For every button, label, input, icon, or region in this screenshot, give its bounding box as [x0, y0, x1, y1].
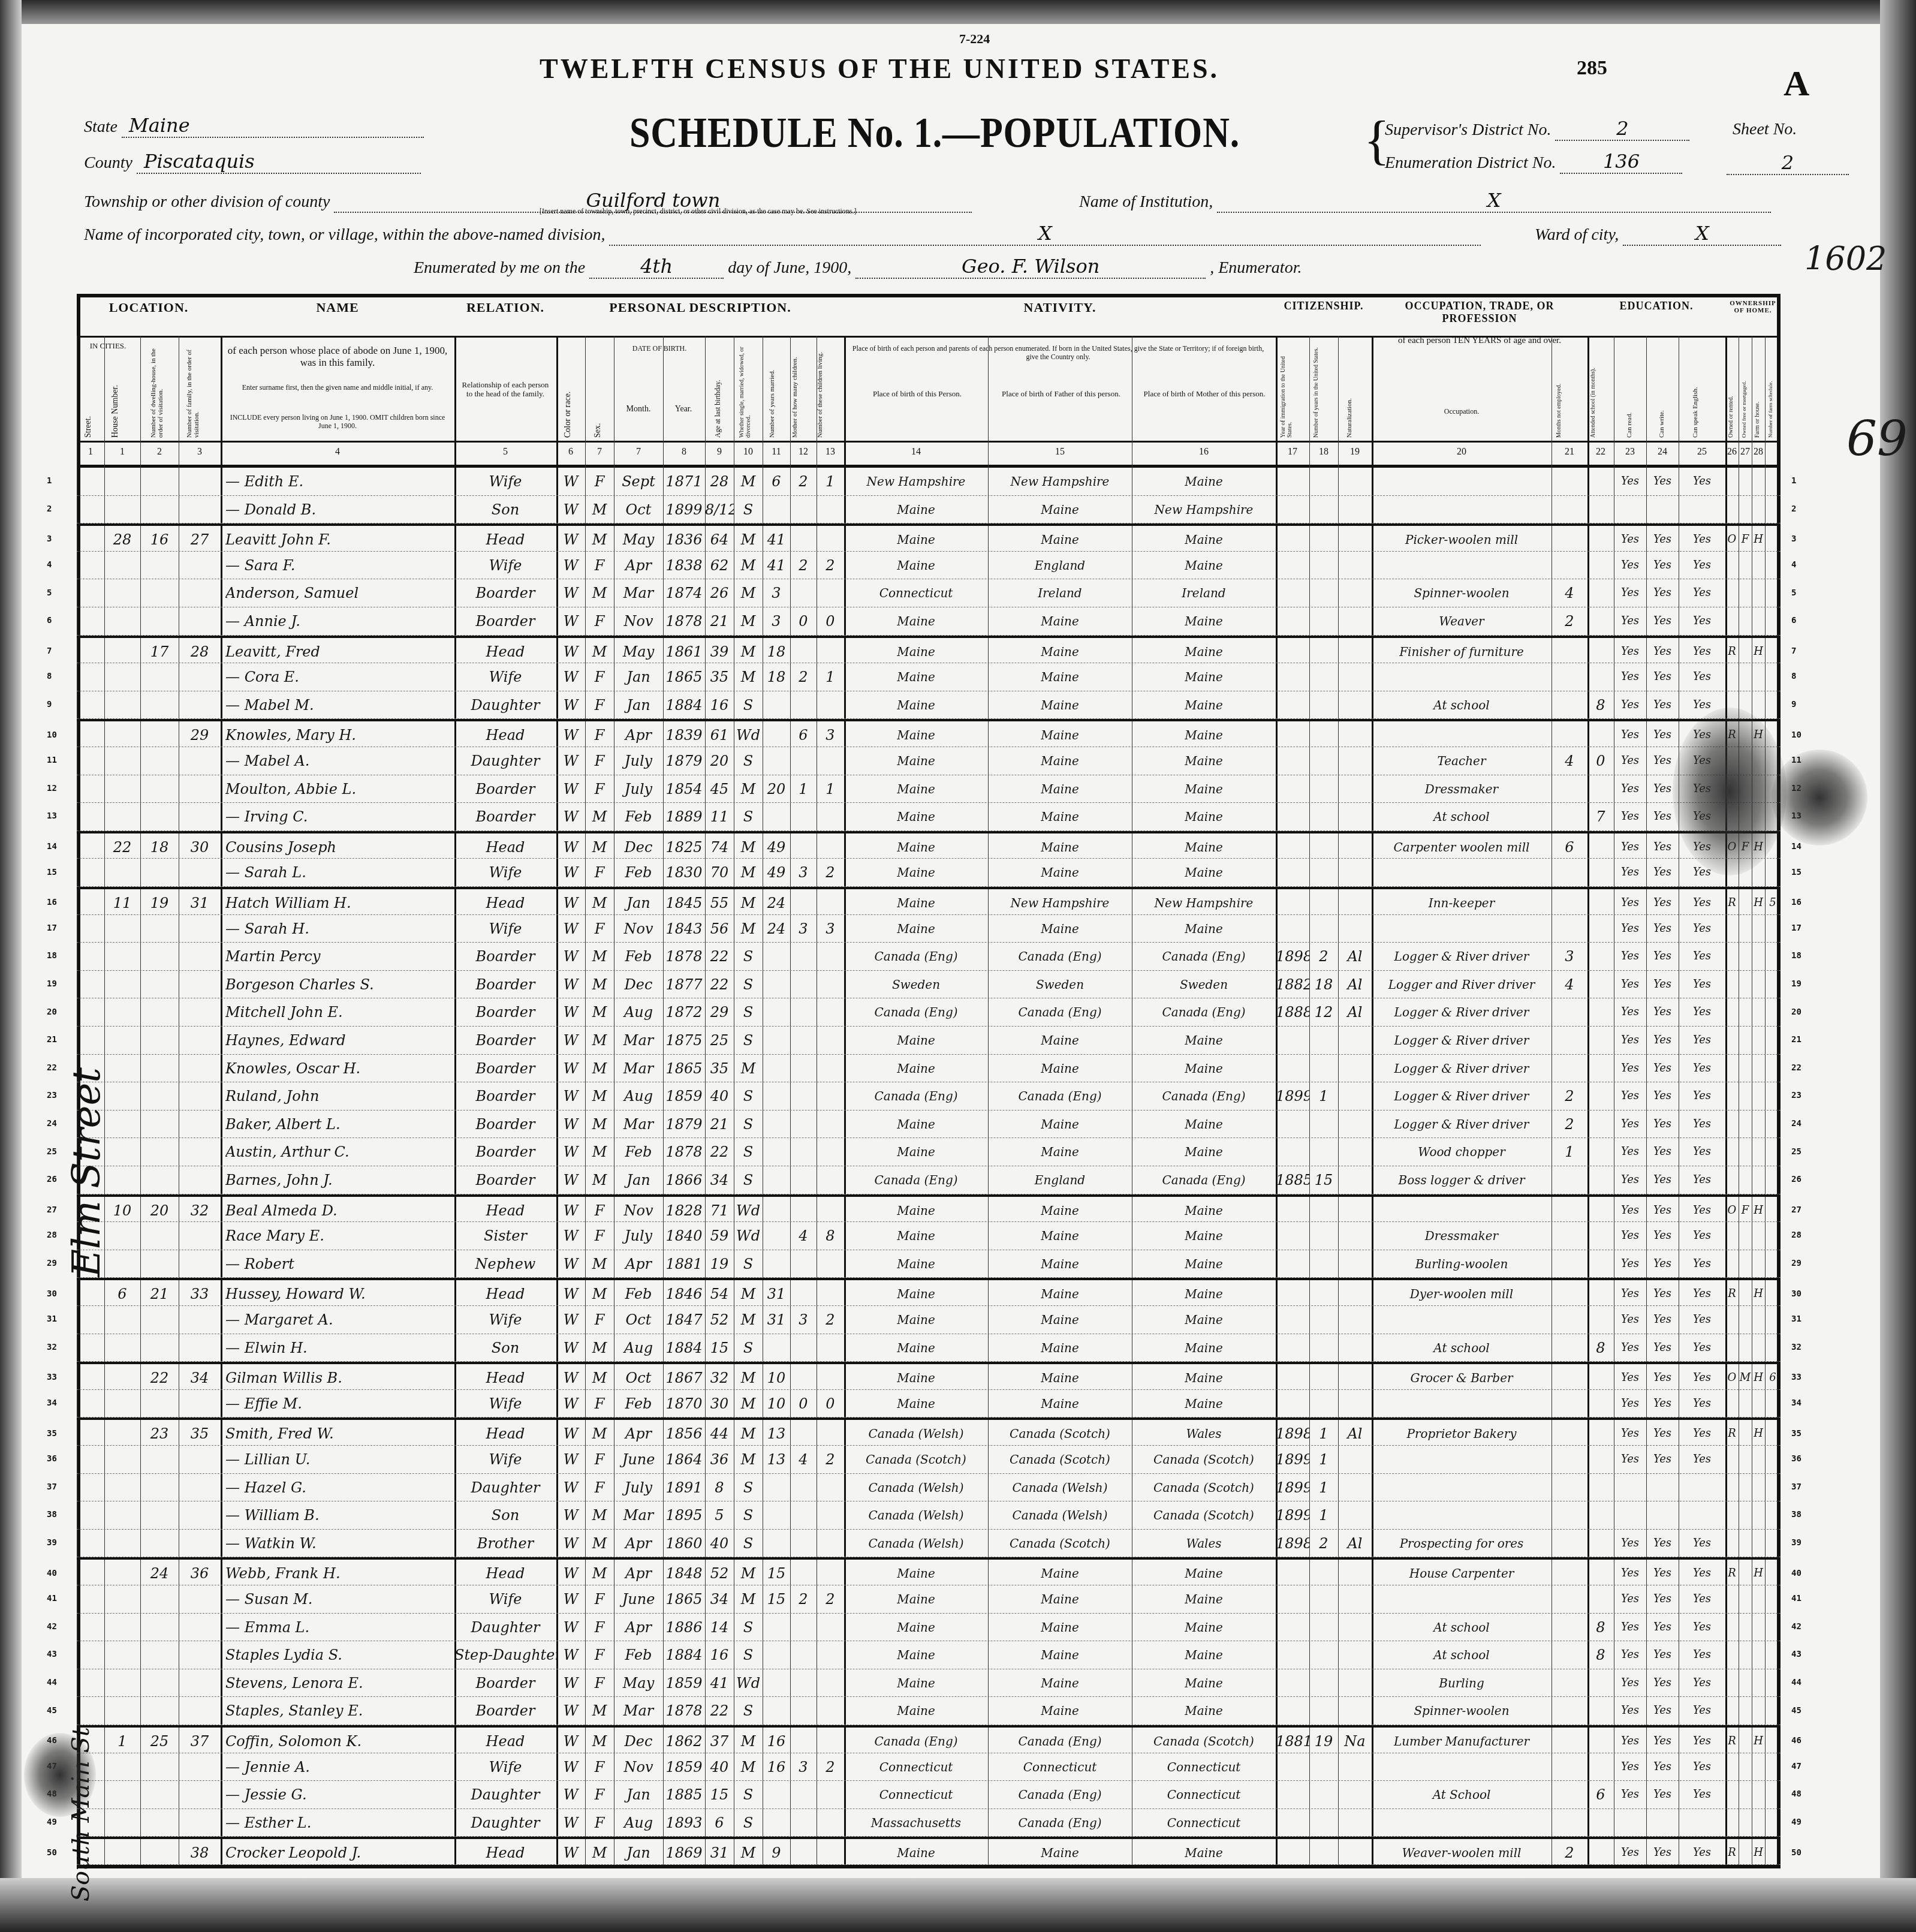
cell-nat — [1338, 1250, 1372, 1278]
cell-father: Ireland — [988, 579, 1132, 607]
cell-yrs-married — [763, 1697, 790, 1725]
cell-nat — [1338, 552, 1372, 580]
line-number-left: 12 — [47, 784, 57, 793]
cell-yrs-us — [1309, 607, 1338, 636]
cell-house: 6 — [104, 1280, 140, 1308]
cell-mother: Canada (Eng) — [1132, 943, 1276, 971]
cell-mother: Sweden — [1132, 971, 1276, 999]
cell-mother-of: 2 — [790, 1585, 817, 1614]
cell-year: 1856 — [663, 1420, 705, 1448]
cell-relation: Step-Daughter — [454, 1641, 556, 1669]
cell-father: New Hampshire — [988, 468, 1132, 496]
cell-name: — Susan M. — [225, 1585, 454, 1614]
cell-dwelling — [140, 1055, 179, 1083]
table-row: Race Mary E.SisterWFJuly184059Wd48MaineM… — [77, 1222, 1781, 1250]
cell-living — [817, 1530, 844, 1558]
cell-english: Yes — [1679, 998, 1725, 1027]
cell-free — [1739, 607, 1752, 636]
cell-school — [1587, 1585, 1614, 1614]
cell-read: Yes — [1614, 1560, 1646, 1588]
cell-living — [817, 691, 844, 720]
cell-farm: H — [1752, 1197, 1765, 1225]
cell-yrs-us: 15 — [1309, 1166, 1338, 1194]
cell-unemp — [1552, 1197, 1587, 1225]
cell-mother-of — [790, 526, 817, 554]
cell-mother: Maine — [1132, 915, 1276, 943]
table-row: — Cora E.WifeWFJan186535M1821MaineMaineM… — [77, 663, 1781, 691]
cell-color: W — [556, 1364, 585, 1392]
cell-read: Yes — [1614, 971, 1646, 999]
cell-occupation: At school — [1372, 1334, 1552, 1362]
cell-free — [1739, 1530, 1752, 1558]
cell-imm — [1276, 1809, 1309, 1837]
cell-relation: Boarder — [454, 803, 556, 831]
cell-farm — [1752, 1390, 1765, 1418]
cell-yrs-us — [1309, 915, 1338, 943]
column-number: 18 — [1309, 447, 1338, 458]
cell-color: W — [556, 1250, 585, 1278]
cell-write: Yes — [1646, 1420, 1679, 1448]
cell-house — [104, 1560, 140, 1588]
line-number-left: 24 — [47, 1119, 57, 1128]
cell-read: Yes — [1614, 803, 1646, 831]
cell-yrs-us — [1309, 552, 1338, 580]
cell-month: Mar — [614, 1055, 663, 1083]
cell-year: 1875 — [663, 1027, 705, 1055]
cell-birth: Canada (Welsh) — [844, 1420, 988, 1448]
cell-school — [1587, 1250, 1614, 1278]
column-number: 4 — [221, 447, 454, 458]
cell-unemp — [1552, 638, 1587, 666]
cell-farm — [1752, 1250, 1765, 1278]
scan-border-top — [0, 0, 1916, 24]
cell-name: — Sarah L. — [225, 859, 454, 887]
children-living-header: Number of these children living. — [817, 345, 838, 438]
cell-occupation: Grocer & Barber — [1372, 1364, 1552, 1392]
cell-read: Yes — [1614, 1781, 1646, 1809]
cell-unemp: 3 — [1552, 943, 1587, 971]
cell-imm — [1276, 1197, 1309, 1225]
cell-farm — [1752, 663, 1765, 691]
cell-yrs-us — [1309, 1138, 1338, 1166]
cell-age: 26 — [705, 579, 734, 607]
cell-nat — [1338, 775, 1372, 804]
cell-imm — [1276, 552, 1309, 580]
cell-english: Yes — [1679, 1250, 1725, 1278]
cell-english: Yes — [1679, 1280, 1725, 1308]
cell-mother: Canada (Scotch) — [1132, 1446, 1276, 1474]
cell-relation: Wife — [454, 1390, 556, 1418]
cell-write: Yes — [1646, 1560, 1679, 1588]
line-number-left: 30 — [47, 1289, 57, 1299]
column-number: 8 — [663, 447, 705, 458]
table-row: 111931Hatch William H.HeadWMJan184555M24… — [77, 887, 1781, 915]
cell-mother-of — [790, 1055, 817, 1083]
cell-read: Yes — [1614, 1306, 1646, 1334]
line-number-left: 39 — [47, 1538, 57, 1548]
table-row: Martin PercyBoarderWMFeb187822SCanada (E… — [77, 943, 1781, 971]
cell-living — [817, 1280, 844, 1308]
cell-write: Yes — [1646, 1728, 1679, 1756]
cell-marital: S — [734, 1641, 763, 1669]
cell-year: 1878 — [663, 1138, 705, 1166]
cell-english: Yes — [1679, 1839, 1725, 1867]
cell-read — [1614, 1501, 1646, 1530]
page-number: 285 — [1577, 57, 1607, 80]
name-description: of each person whose place of abode on J… — [227, 345, 448, 368]
sheet-letter: A — [1784, 63, 1809, 104]
table-row: — Emma L.DaughterWFApr188614SMaineMaineM… — [77, 1614, 1781, 1642]
cell-unemp — [1552, 1614, 1587, 1642]
cell-yrs-us — [1309, 1697, 1338, 1725]
birth-mother-header: Place of birth of Mother of this person. — [1133, 390, 1276, 399]
cell-mother: Canada (Eng) — [1132, 1082, 1276, 1111]
enumeration-field: Enumeration District No. 136 — [1385, 150, 1682, 174]
cell-year: 1830 — [663, 859, 705, 887]
cell-color: W — [556, 1027, 585, 1055]
cell-color: W — [556, 1641, 585, 1669]
cell-unemp — [1552, 1250, 1587, 1278]
cell-nat — [1338, 496, 1372, 524]
cell-occupation: Proprietor Bakery — [1372, 1420, 1552, 1448]
township-label: Township or other division of county — [84, 192, 330, 211]
line-number-right: 3 — [1791, 534, 1796, 544]
cell-age: 40 — [705, 1082, 734, 1111]
cell-school — [1587, 721, 1614, 750]
cell-house — [104, 943, 140, 971]
cell-sex: M — [585, 1280, 614, 1308]
cell-sched — [1765, 1446, 1781, 1474]
cell-mother-of: 6 — [790, 721, 817, 750]
cell-unemp — [1552, 1446, 1587, 1474]
cell-father: Maine — [988, 638, 1132, 666]
cell-english: Yes — [1679, 1138, 1725, 1166]
cell-marital: M — [734, 1446, 763, 1474]
cell-sched — [1765, 1138, 1781, 1166]
cell-family: 31 — [179, 889, 221, 917]
cell-mother: Wales — [1132, 1530, 1276, 1558]
cell-house — [104, 1222, 140, 1250]
cell-birth: Maine — [844, 1614, 988, 1642]
cell-english: Yes — [1679, 1364, 1725, 1392]
cell-mother-of — [790, 496, 817, 524]
cell-month: Nov — [614, 1197, 663, 1225]
cell-family — [179, 1055, 221, 1083]
cell-relation: Son — [454, 1334, 556, 1362]
cell-nat — [1338, 1585, 1372, 1614]
cell-school — [1587, 1560, 1614, 1588]
cell-nat — [1338, 1781, 1372, 1809]
cell-yrs-us — [1309, 1669, 1338, 1698]
cell-english: Yes — [1679, 1753, 1725, 1781]
cell-month: July — [614, 747, 663, 775]
cell-imm: 1881 — [1276, 1728, 1309, 1756]
cell-relation: Boarder — [454, 1138, 556, 1166]
cell-dwelling — [140, 1446, 179, 1474]
cell-sched — [1765, 1027, 1781, 1055]
line-number-right: 1 — [1791, 476, 1796, 486]
sheet-number-field: 2 — [1727, 151, 1849, 175]
township-note: [Insert name of township, town, precinct… — [540, 207, 857, 216]
cell-nat — [1338, 1082, 1372, 1111]
cell-living — [817, 971, 844, 999]
cell-father: Maine — [988, 1839, 1132, 1867]
cell-marital: S — [734, 1334, 763, 1362]
cell-occupation — [1372, 1501, 1552, 1530]
cell-relation: Head — [454, 1364, 556, 1392]
cell-year: 1848 — [663, 1560, 705, 1588]
line-number-right: 38 — [1791, 1510, 1801, 1519]
cell-school: 8 — [1587, 1334, 1614, 1362]
cell-imm — [1276, 1641, 1309, 1669]
cell-month: Apr — [614, 1560, 663, 1588]
cell-yrs-us — [1309, 803, 1338, 831]
cell-dwelling — [140, 1697, 179, 1725]
cell-unemp — [1552, 1306, 1587, 1334]
cell-family — [179, 1111, 221, 1139]
cell-sched — [1765, 1839, 1781, 1867]
cell-read: Yes — [1614, 1697, 1646, 1725]
cell-birth: Maine — [844, 1585, 988, 1614]
cell-yrs-married: 10 — [763, 1364, 790, 1392]
cell-yrs-us — [1309, 1839, 1338, 1867]
cell-farm: H — [1752, 526, 1765, 554]
cell-color: W — [556, 1166, 585, 1194]
cell-school — [1587, 859, 1614, 887]
cell-nat: Na — [1338, 1728, 1372, 1756]
cell-age: 35 — [705, 1055, 734, 1083]
column-header-rule — [77, 441, 1781, 443]
cell-month: Feb — [614, 1641, 663, 1669]
line-number-left: 45 — [47, 1706, 57, 1716]
cell-year: 1870 — [663, 1390, 705, 1418]
cell-write: Yes — [1646, 1753, 1679, 1781]
naturalization-header: Naturalization. — [1346, 360, 1353, 438]
cell-english — [1679, 1501, 1725, 1530]
cell-unemp — [1552, 1334, 1587, 1362]
cell-birth: Maine — [844, 721, 988, 750]
line-number-right: 7 — [1791, 646, 1796, 656]
cell-name: Martin Percy — [225, 943, 454, 971]
cell-yrs-married — [763, 747, 790, 775]
cell-relation: Head — [454, 1420, 556, 1448]
cell-mother-of: 3 — [790, 915, 817, 943]
cell-dwelling — [140, 1306, 179, 1334]
cell-imm — [1276, 775, 1309, 804]
cell-nat — [1338, 1560, 1372, 1588]
cell-year: 1859 — [663, 1082, 705, 1111]
cell-family — [179, 1474, 221, 1502]
cell-house — [104, 1166, 140, 1194]
table-row: — Effie M.WifeWFFeb187030M1000MaineMaine… — [77, 1390, 1781, 1418]
cell-nat — [1338, 579, 1372, 607]
cell-sex: M — [585, 1250, 614, 1278]
cell-sched — [1765, 691, 1781, 720]
column-number: 24 — [1646, 447, 1679, 458]
line-number-left: 21 — [47, 1035, 57, 1045]
cell-write: Yes — [1646, 1669, 1679, 1698]
cell-read: Yes — [1614, 1669, 1646, 1698]
cell-father: Maine — [988, 803, 1132, 831]
cell-name: — Irving C. — [225, 803, 454, 831]
cell-sched — [1765, 1728, 1781, 1756]
cell-yrs-married: 13 — [763, 1446, 790, 1474]
cell-living — [817, 1082, 844, 1111]
cell-english: Yes — [1679, 1306, 1725, 1334]
cell-farm: H — [1752, 1560, 1765, 1588]
line-number-left: 13 — [47, 811, 57, 821]
cell-month: Jan — [614, 1781, 663, 1809]
cell-living — [817, 496, 844, 524]
cell-name: — Margaret A. — [225, 1306, 454, 1334]
cell-family — [179, 1753, 221, 1781]
cell-sched — [1765, 1082, 1781, 1111]
cell-birth: Maine — [844, 1390, 988, 1418]
cell-mother: Maine — [1132, 1839, 1276, 1867]
cell-name: Ruland, John — [225, 1082, 454, 1111]
cell-birth: Maine — [844, 833, 988, 862]
cell-free — [1739, 1166, 1752, 1194]
cell-year: 1869 — [663, 1839, 705, 1867]
cell-occupation: Logger & River driver — [1372, 1027, 1552, 1055]
cell-read: Yes — [1614, 663, 1646, 691]
cell-father: Maine — [988, 1697, 1132, 1725]
cell-father: Canada (Welsh) — [988, 1501, 1132, 1530]
cell-free — [1739, 971, 1752, 999]
cell-english: Yes — [1679, 1027, 1725, 1055]
cell-month: Aug — [614, 1082, 663, 1111]
cell-mother: New Hampshire — [1132, 889, 1276, 917]
sheet-label: Sheet No. — [1733, 120, 1797, 139]
cell-marital: M — [734, 1753, 763, 1781]
cell-age: 35 — [705, 663, 734, 691]
cell-marital: S — [734, 971, 763, 999]
cell-write: Yes — [1646, 998, 1679, 1027]
cell-imm — [1276, 1222, 1309, 1250]
cell-month: Aug — [614, 1334, 663, 1362]
cell-color: W — [556, 468, 585, 496]
cell-occupation — [1372, 1809, 1552, 1837]
cell-nat — [1338, 1501, 1372, 1530]
cell-occupation — [1372, 496, 1552, 524]
cell-age: 41 — [705, 1669, 734, 1698]
cell-own — [1725, 1753, 1739, 1781]
cell-own — [1725, 663, 1739, 691]
line-number-left: 27 — [47, 1205, 57, 1215]
cell-unemp — [1552, 1364, 1587, 1392]
cell-yrs-married: 24 — [763, 889, 790, 917]
cell-name: — Jennie A. — [225, 1753, 454, 1781]
cell-sched — [1765, 526, 1781, 554]
cell-imm — [1276, 663, 1309, 691]
cell-school — [1587, 1197, 1614, 1225]
cell-year: 1865 — [663, 1585, 705, 1614]
cell-birth: Connecticut — [844, 579, 988, 607]
cell-birth: Canada (Eng) — [844, 998, 988, 1027]
cell-marital: M — [734, 468, 763, 496]
cell-unemp: 2 — [1552, 1082, 1587, 1111]
line-number-right: 39 — [1791, 1538, 1801, 1548]
cell-mother: Connecticut — [1132, 1753, 1276, 1781]
cell-dwelling: 24 — [140, 1560, 179, 1588]
cell-mother-of — [790, 1530, 817, 1558]
cell-name: Barnes, John J. — [225, 1166, 454, 1194]
cell-birth: Maine — [844, 663, 988, 691]
cell-yrs-married — [763, 1055, 790, 1083]
farm-schedule-header: Number of farm schedule. — [1767, 345, 1773, 438]
cell-yrs-us — [1309, 1250, 1338, 1278]
cell-house — [104, 859, 140, 887]
cell-color: W — [556, 1669, 585, 1698]
cell-living — [817, 526, 844, 554]
line-number-right: 28 — [1791, 1230, 1801, 1240]
cell-birth: Maine — [844, 1641, 988, 1669]
cell-relation: Daughter — [454, 1781, 556, 1809]
cell-relation: Boarder — [454, 775, 556, 804]
cell-unemp — [1552, 1560, 1587, 1588]
line-number-right: 50 — [1791, 1848, 1801, 1858]
cell-house — [104, 1585, 140, 1614]
column-number: 3 — [179, 447, 221, 458]
cell-unemp — [1552, 998, 1587, 1027]
cell-nat: Al — [1338, 971, 1372, 999]
cell-age: 40 — [705, 1753, 734, 1781]
cell-free — [1739, 663, 1752, 691]
cell-dwelling — [140, 1111, 179, 1139]
cell-yrs-us — [1309, 496, 1338, 524]
cell-mother-of — [790, 1501, 817, 1530]
cell-sched — [1765, 915, 1781, 943]
cell-read: Yes — [1614, 1280, 1646, 1308]
cell-birth: Maine — [844, 1560, 988, 1588]
cell-mother: Maine — [1132, 1560, 1276, 1588]
cell-occupation: At School — [1372, 1781, 1552, 1809]
cell-school — [1587, 1809, 1614, 1837]
cell-mother: Maine — [1132, 663, 1276, 691]
cell-living — [817, 998, 844, 1027]
year-header: Year. — [662, 405, 704, 414]
cell-mother-of — [790, 803, 817, 831]
cell-living — [817, 1560, 844, 1588]
cell-unemp — [1552, 859, 1587, 887]
cell-yrs-us — [1309, 663, 1338, 691]
cell-occupation: Spinner-woolen — [1372, 579, 1552, 607]
cell-marital: M — [734, 1585, 763, 1614]
cell-relation: Wife — [454, 1585, 556, 1614]
cell-nat: Al — [1338, 1530, 1372, 1558]
cell-occupation: Boss logger & driver — [1372, 1166, 1552, 1194]
house-number-header: House Number. — [111, 372, 120, 438]
cell-yrs-married: 10 — [763, 1390, 790, 1418]
cell-sex: F — [585, 1222, 614, 1250]
cell-yrs-us — [1309, 638, 1338, 666]
line-number-left: 19 — [47, 979, 57, 989]
cell-nat — [1338, 1166, 1372, 1194]
cell-birth: Maine — [844, 638, 988, 666]
cell-mother: Maine — [1132, 1390, 1276, 1418]
cell-sex: M — [585, 1697, 614, 1725]
cell-relation: Head — [454, 721, 556, 750]
cell-sched — [1765, 468, 1781, 496]
cell-write: Yes — [1646, 1082, 1679, 1111]
cell-dwelling: 19 — [140, 889, 179, 917]
cell-write: Yes — [1646, 1138, 1679, 1166]
cell-sex: M — [585, 889, 614, 917]
cell-living: 8 — [817, 1222, 844, 1250]
line-number-left: 17 — [47, 923, 57, 933]
cell-dwelling: 18 — [140, 833, 179, 862]
cell-sched — [1765, 1055, 1781, 1083]
